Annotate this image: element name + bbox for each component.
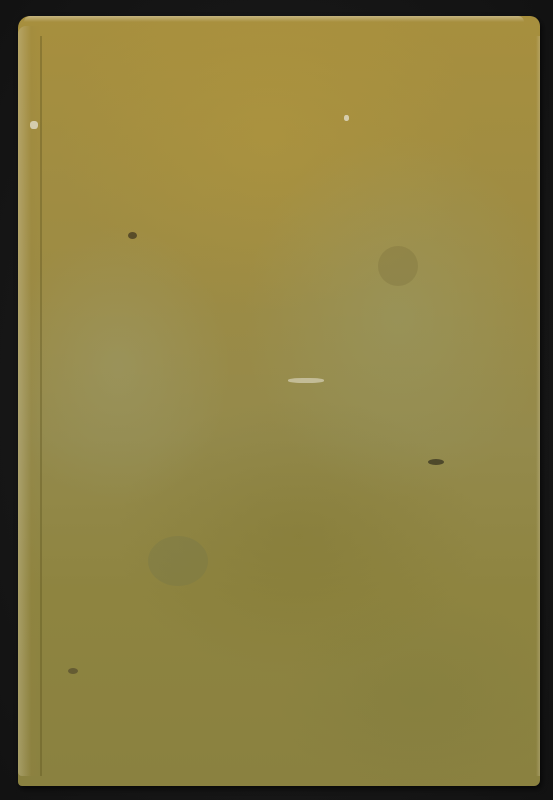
book-cover <box>18 16 540 786</box>
dark-spot <box>68 668 78 674</box>
spine-edge <box>18 26 40 776</box>
spine-hinge <box>40 36 42 776</box>
dark-spot <box>428 459 444 465</box>
stain <box>148 536 208 586</box>
fore-edge <box>536 36 540 776</box>
scuff-mark <box>288 378 324 383</box>
top-edge-wear <box>24 16 524 22</box>
dark-spot <box>128 232 137 239</box>
scuff-mark <box>30 121 38 129</box>
stain <box>378 246 418 286</box>
scuff-mark <box>344 115 349 121</box>
